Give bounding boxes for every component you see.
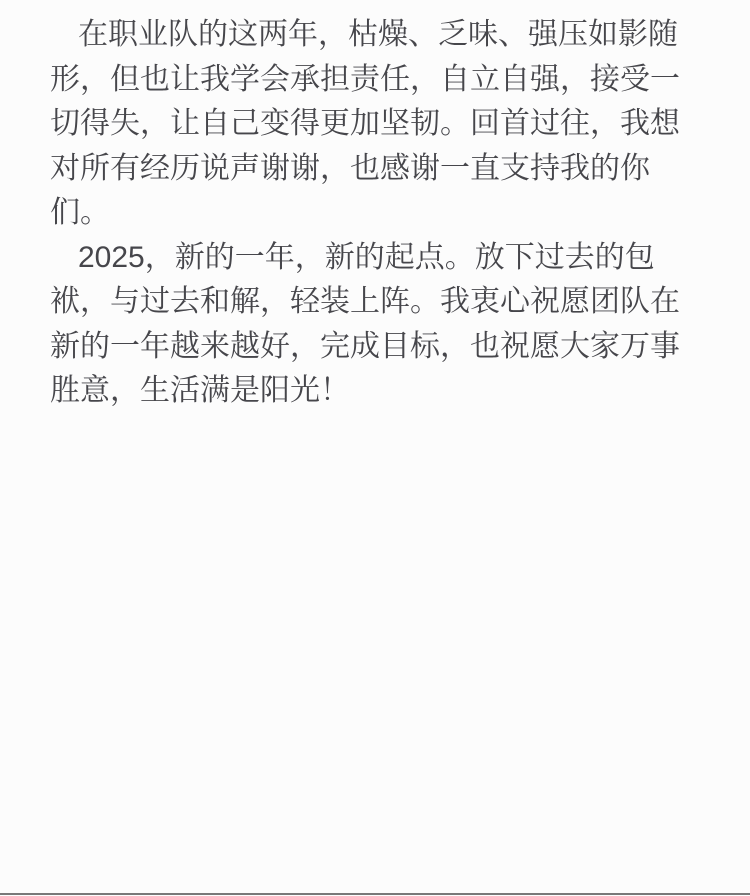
paragraph-2: 2025，新的一年，新的起点。放下过去的包 袱，与过去和解，轻装上阵。我衷心祝愿… [50,236,710,414]
text-line: 们。 [50,191,710,236]
bottom-divider [0,893,750,895]
paragraph-1: 在职业队的这两年，枯燥、乏味、强压如影随 形，但也让我学会承担责任，自立自强，接… [50,13,710,236]
text-line: 切得失，让自己变得更加坚韧。回首过往，我想 [50,102,710,147]
text-line: 胜意，生活满是阳光！ [50,369,710,414]
text-line: 对所有经历说声谢谢，也感谢一直支持我的你 [50,147,710,192]
text-content: 在职业队的这两年，枯燥、乏味、强压如影随 形，但也让我学会承担责任，自立自强，接… [50,13,710,414]
text-line: 袱，与过去和解，轻装上阵。我衷心祝愿团队在 [50,280,710,325]
text-line: 形，但也让我学会承担责任，自立自强，接受一 [50,58,710,103]
text-line: 新的一年越来越好，完成目标，也祝愿大家万事 [50,325,710,370]
text-line: 2025，新的一年，新的起点。放下过去的包 [50,236,710,281]
text-line: 在职业队的这两年，枯燥、乏味、强压如影随 [50,13,710,58]
